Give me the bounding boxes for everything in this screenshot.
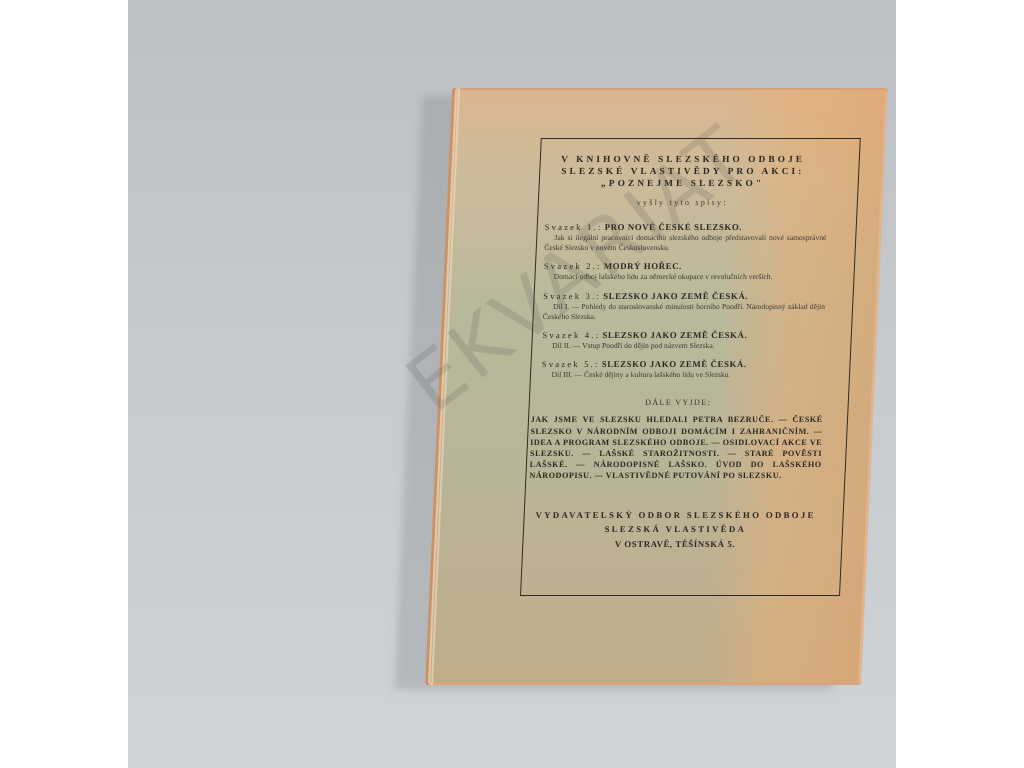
volume-item: Svazek 2.: MODRÝ HOŘEC. Domácí odboj laš… — [544, 260, 826, 282]
volume-title: SLEZSKO JAKO ZEMĚ ČESKÁ. — [602, 330, 747, 340]
volume-list: Svazek 1.: PRO NOVÉ ČESKÉ SLEZSKO. Jak s… — [541, 221, 826, 380]
volume-label: Svazek 2.: — [544, 261, 602, 271]
header-line-3: „POZNEJME SLEZSKO" — [515, 178, 849, 190]
volume-label: Svazek 1.: — [545, 222, 603, 232]
booklet-back-cover: V KNIHOVNĚ SLEZSKÉHO ODBOJE SLEZSKÉ VLAS… — [425, 88, 861, 685]
volume-description: Jak si ilegální pracovníci domácího slez… — [544, 233, 826, 253]
intro-text: vyšly tyto spisy: — [515, 198, 849, 207]
volume-item: Svazek 4.: SLEZSKO JAKO ZEMĚ ČESKÁ. Díl … — [542, 329, 824, 351]
publisher-line-2: SLEZSKÁ VLASTIVĚDA — [508, 522, 842, 537]
volume-title: PRO NOVÉ ČESKÉ SLEZSKO. — [605, 222, 743, 232]
publisher-address: V OSTRAVĚ, TĚŠÍNSKÁ 5. — [508, 537, 842, 552]
volume-description: Domácí odboj lašského lidu za německé ok… — [544, 272, 826, 282]
volume-description: Díl II. — Vstup Poodří do dějin pod názv… — [542, 341, 824, 351]
volume-item: Svazek 3.: SLEZSKO JAKO ZEMĚ ČESKÁ. Díl … — [543, 290, 826, 322]
volume-label: Svazek 4.: — [542, 330, 600, 340]
volume-item: Svazek 1.: PRO NOVÉ ČESKÉ SLEZSKO. Jak s… — [544, 221, 827, 253]
cover-text: V KNIHOVNĚ SLEZSKÉHO ODBOJE SLEZSKÉ VLAS… — [507, 138, 851, 594]
publisher-line-1: VYDAVATELSKÝ ODBOR SLEZSKÉHO ODBOJE — [509, 508, 843, 523]
volume-label: Svazek 5.: — [542, 359, 600, 369]
volume-description: Díl I. — Pohledy do staroslovanské minul… — [543, 302, 825, 322]
volume-title: SLEZSKO JAKO ZEMĚ ČESKÁ. — [602, 359, 747, 369]
forthcoming-list: JAK JSME VE SLEZSKU HLEDALI PETRA BEZRUČ… — [529, 414, 822, 481]
volume-item: Svazek 5.: SLEZSKO JAKO ZEMĚ ČESKÁ. Díl … — [541, 358, 823, 380]
header-line-2: SLEZSKÉ VLASTIVĚDY PRO AKCI: — [516, 166, 850, 178]
volume-title: SLEZSKO JAKO ZEMĚ ČESKÁ. — [603, 291, 748, 301]
photo-background: V KNIHOVNĚ SLEZSKÉHO ODBOJE SLEZSKÉ VLAS… — [128, 0, 896, 768]
volume-title: MODRÝ HOŘEC. — [604, 261, 682, 271]
header-line-1: V KNIHOVNĚ SLEZSKÉHO ODBOJE — [516, 154, 850, 166]
volume-description: Díl III. — České dějiny a kultura lašské… — [541, 370, 823, 380]
forthcoming-heading: DÁLE VYJDE: — [511, 398, 845, 407]
volume-label: Svazek 3.: — [543, 291, 601, 301]
cover-edge — [431, 88, 460, 685]
